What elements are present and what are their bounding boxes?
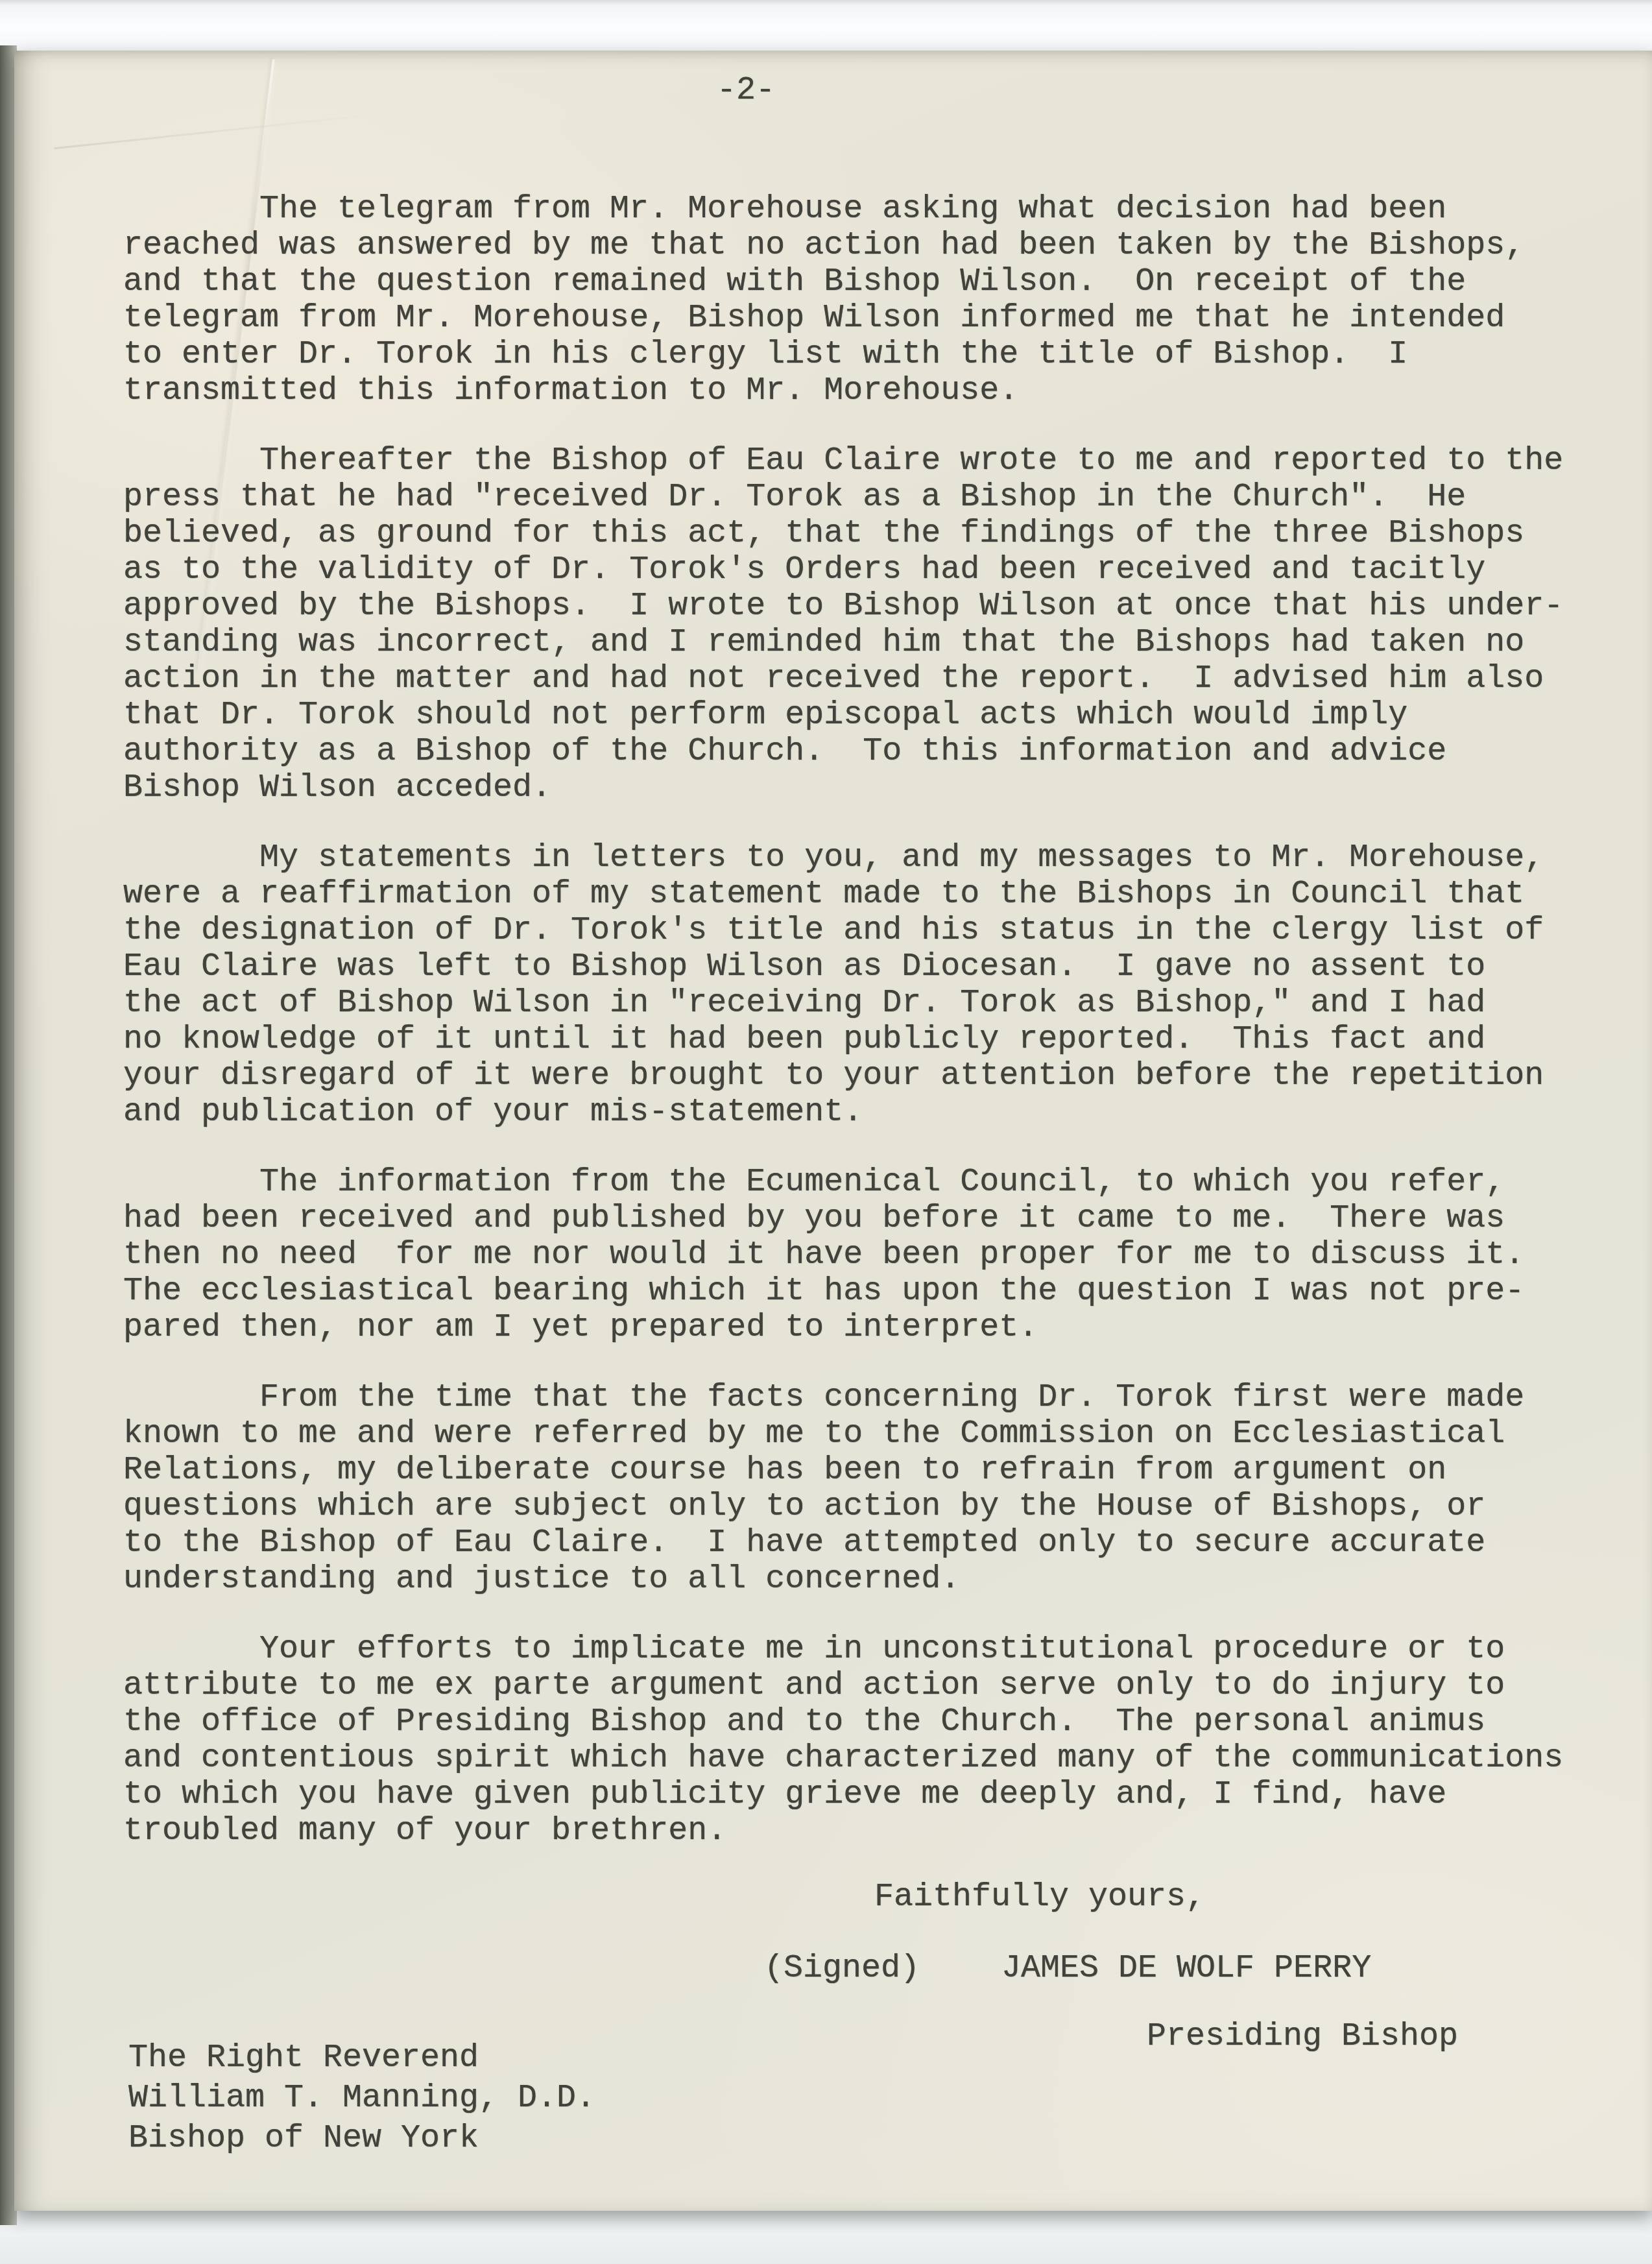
paragraph-line: Eau Claire was left to Bishop Wilson as … (123, 949, 1613, 985)
paragraph-line: then no need for me nor would it have be… (123, 1237, 1613, 1273)
paragraph-line: The ecclesiastical bearing which it has … (123, 1273, 1613, 1310)
paragraph-line: and contentious spirit which have charac… (123, 1740, 1613, 1777)
paragraph-line: authority as a Bishop of the Church. To … (123, 734, 1613, 770)
paragraph-line: your disregard of it were brought to you… (123, 1058, 1613, 1094)
paragraph-line: known to me and were referred by me to t… (123, 1416, 1613, 1452)
paragraph-line: attribute to me ex parte argument and ac… (123, 1668, 1613, 1704)
paragraph-line: believed, as ground for this act, that t… (123, 516, 1613, 552)
paragraph-line: that Dr. Torok should not perform episco… (123, 697, 1613, 734)
recipient-line: Bishop of New York (128, 2119, 595, 2159)
signature-name: JAMES DE WOLF PERRY (1001, 1951, 1371, 1987)
paragraph-line: the designation of Dr. Torok's title and… (123, 913, 1613, 949)
closing-block: Faithfully yours, (Signed)JAMES DE WOLF … (123, 1879, 1613, 2243)
recipient-line: The Right Reverend (128, 2038, 595, 2078)
paragraph-line: the act of Bishop Wilson in "receiving D… (123, 985, 1613, 1022)
paragraph-3: My statements in letters to you, and my … (123, 840, 1613, 1131)
paragraph-line: Bishop Wilson acceded. (123, 770, 1613, 806)
paragraph-line: Your efforts to implicate me in unconsti… (123, 1632, 1613, 1668)
paragraph-line: no knowledge of it until it had been pub… (123, 1022, 1613, 1058)
recipient-address: The Right Reverend William T. Manning, D… (128, 2038, 595, 2159)
paragraph-line: standing was incorrect, and I reminded h… (123, 625, 1613, 661)
paragraph-5: From the time that the facts concerning … (123, 1380, 1613, 1598)
paragraph-line: Thereafter the Bishop of Eau Claire wrot… (123, 443, 1613, 479)
signed-label: (Signed) (764, 1950, 920, 1987)
paragraph-line: pared then, nor am I yet prepared to int… (123, 1310, 1613, 1346)
paragraph-line: and that the question remained with Bish… (123, 264, 1613, 300)
paragraph-line: transmitted this information to Mr. More… (123, 373, 1613, 409)
paragraph-line: telegram from Mr. Morehouse, Bishop Wils… (123, 300, 1613, 337)
paragraph-line: and publication of your mis-statement. (123, 1094, 1613, 1131)
valediction: Faithfully yours, (874, 1879, 1205, 1916)
paragraph-2: Thereafter the Bishop of Eau Claire wrot… (123, 443, 1613, 806)
paragraph-line: questions which are subject only to acti… (123, 1489, 1613, 1525)
recipient-line: William T. Manning, D.D. (128, 2078, 595, 2119)
letter-page: -2- The telegram from Mr. Morehouse aski… (14, 51, 1652, 2211)
page-number: -2- (717, 73, 775, 109)
paragraph-line: The information from the Ecumenical Coun… (123, 1164, 1613, 1201)
paragraph-line: to enter Dr. Torok in his clergy list wi… (123, 337, 1613, 373)
paragraph-6: Your efforts to implicate me in unconsti… (123, 1632, 1613, 1849)
paragraph-line: as to the validity of Dr. Torok's Orders… (123, 552, 1613, 588)
paragraph-line: had been received and published by you b… (123, 1201, 1613, 1237)
signature-line: (Signed)JAMES DE WOLF PERRY (764, 1951, 1371, 1987)
paragraph-line: were a reaffirmation of my statement mad… (123, 876, 1613, 913)
letter-content: -2- The telegram from Mr. Morehouse aski… (14, 51, 1652, 2243)
scan-background-top (0, 0, 1652, 51)
paragraph-4: The information from the Ecumenical Coun… (123, 1164, 1613, 1346)
paragraph-1: The telegram from Mr. Morehouse asking w… (123, 191, 1613, 409)
paragraph-line: action in the matter and had not receive… (123, 661, 1613, 697)
paragraph-line: From the time that the facts concerning … (123, 1380, 1613, 1416)
paragraph-line: to which you have given publicity grieve… (123, 1777, 1613, 1813)
paragraph-line: Relations, my deliberate course has been… (123, 1452, 1613, 1489)
paragraph-line: reached was answered by me that no actio… (123, 228, 1613, 264)
paragraph-line: understanding and justice to all concern… (123, 1561, 1613, 1598)
paragraph-line: troubled many of your brethren. (123, 1813, 1613, 1849)
paragraph-line: to the Bishop of Eau Claire. I have atte… (123, 1525, 1613, 1561)
paragraph-line: the office of Presiding Bishop and to th… (123, 1704, 1613, 1740)
signature-title: Presiding Bishop (1147, 2019, 1458, 2055)
paragraph-line: My statements in letters to you, and my … (123, 840, 1613, 876)
paragraph-line: approved by the Bishops. I wrote to Bish… (123, 588, 1613, 625)
paragraph-line: press that he had "received Dr. Torok as… (123, 479, 1613, 516)
paragraph-line: The telegram from Mr. Morehouse asking w… (123, 191, 1613, 228)
